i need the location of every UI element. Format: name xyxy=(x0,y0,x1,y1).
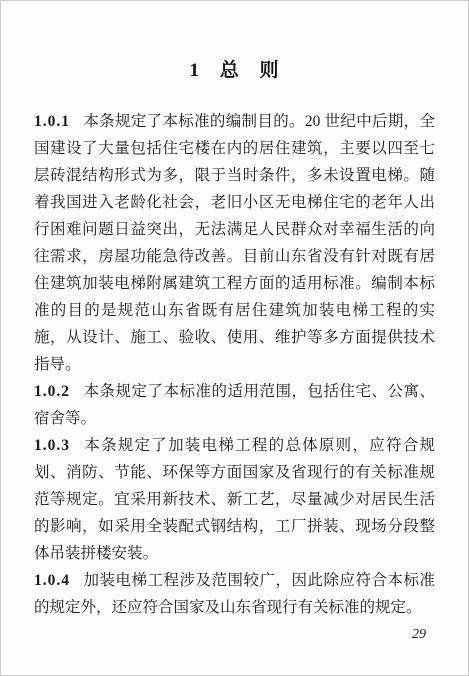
page-number: 29 xyxy=(412,627,426,643)
paragraph-1-0-1: 1.0.1本条规定了本标准的编制目的。20 世纪中后期，全国建设了大量包括住宅楼… xyxy=(34,108,435,378)
document-page: 1 总 则 1.0.1本条规定了本标准的编制目的。20 世纪中后期，全国建设了大… xyxy=(0,0,469,676)
paragraph-number: 1.0.1 xyxy=(34,113,70,130)
chapter-title: 1 总 则 xyxy=(1,55,468,82)
paragraph-number: 1.0.3 xyxy=(34,437,70,454)
paragraph-text: 本条规定了本标准的适用范围，包括住宅、公寓、宿舍等。 xyxy=(34,383,435,427)
paragraph-text: 加装电梯工程涉及范围较广，因此除应符合本标准的规定外，还应符合国家及山东省现行有… xyxy=(34,572,435,616)
paragraph-text: 本条规定了加装电梯工程的总体原则，应符合规划、消防、节能、环保等方面国家及省现行… xyxy=(34,437,435,562)
paragraph-text: 本条规定了本标准的编制目的。20 世纪中后期，全国建设了大量包括住宅楼在内的居住… xyxy=(34,113,435,373)
paragraph-number: 1.0.4 xyxy=(34,572,70,589)
paragraph-1-0-2: 1.0.2本条规定了本标准的适用范围，包括住宅、公寓、宿舍等。 xyxy=(34,378,435,432)
document-body: 1.0.1本条规定了本标准的编制目的。20 世纪中后期，全国建设了大量包括住宅楼… xyxy=(34,108,435,621)
paragraph-number: 1.0.2 xyxy=(34,383,70,400)
paragraph-1-0-4: 1.0.4加装电梯工程涉及范围较广，因此除应符合本标准的规定外，还应符合国家及山… xyxy=(34,567,435,621)
paragraph-1-0-3: 1.0.3本条规定了加装电梯工程的总体原则，应符合规划、消防、节能、环保等方面国… xyxy=(34,432,435,567)
